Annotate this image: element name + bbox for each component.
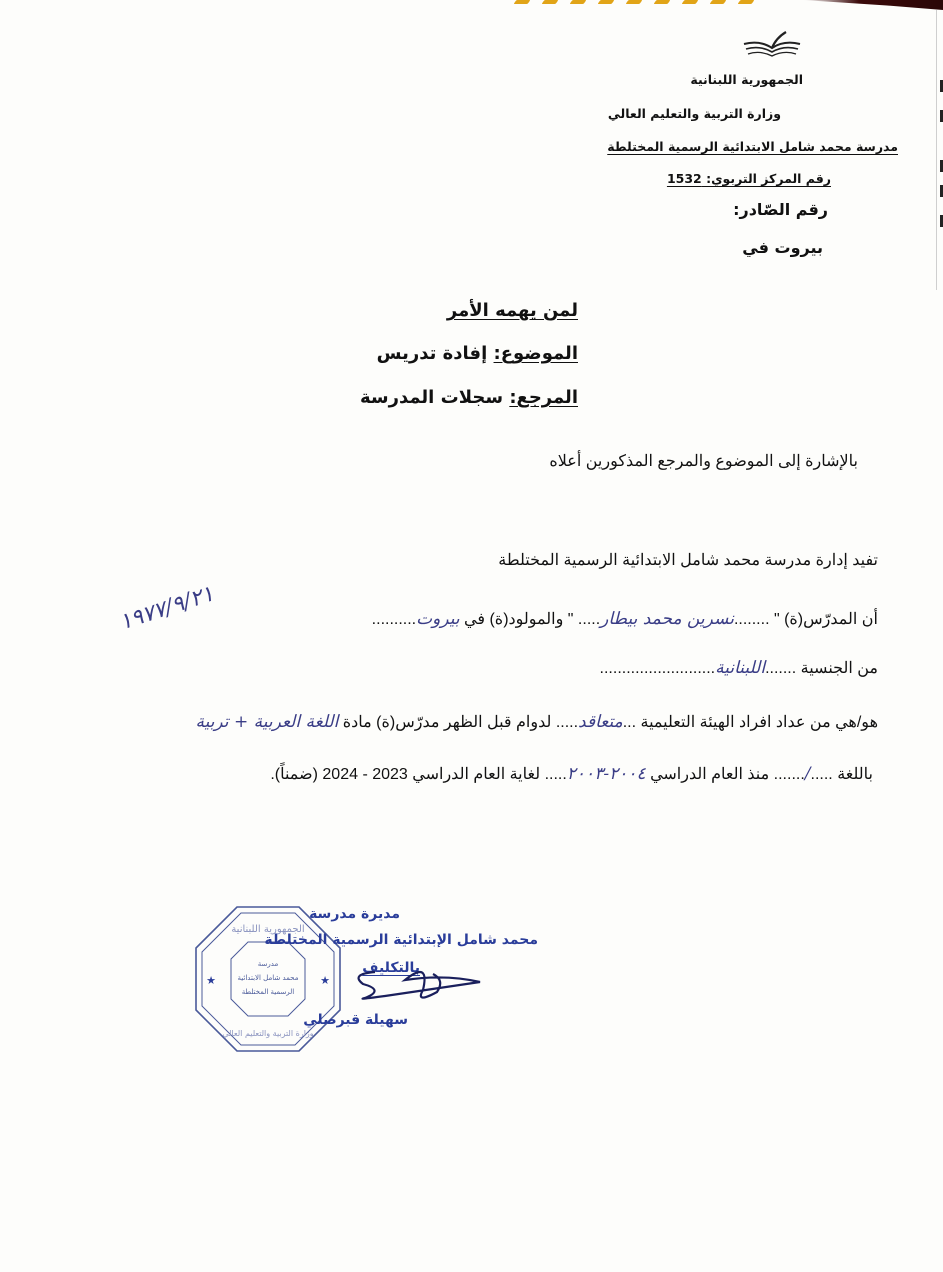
addressee-title: لمن يهمه الأمر (447, 300, 578, 321)
stripe-mark (682, 0, 699, 4)
intro-line: بالإشارة إلى الموضوع والمرجع المذكورين أ… (549, 451, 858, 471)
dotted-fill: ... (623, 714, 636, 731)
employment-status: متعاقد (578, 712, 623, 732)
center-number: رقم المركز التربوي: 1532 (667, 171, 831, 186)
staff-label: هو/هي من عداد افراد الهيئة التعليمية (641, 714, 878, 731)
signature-school: محمد شامل الإبتدائية الرسمية المختلطة (264, 932, 538, 948)
subject-label: الموضوع: (494, 343, 578, 364)
subject-taught-label: لدوام قبل الظهر مدرّس(ة) مادة (343, 714, 552, 731)
teacher-label: أن المدرّس(ة) " (774, 611, 878, 628)
ministry-name: وزارة التربية والتعليم العالي (608, 106, 781, 121)
body-line-4: هو/هي من عداد افراد الهيئة التعليمية ...… (195, 712, 878, 732)
start-year-label: منذ العام الدراسي (650, 766, 769, 783)
stripe-mark (598, 0, 615, 4)
stripe-mark (570, 0, 587, 4)
dotted-fill: .......... (372, 611, 416, 628)
svg-text:محمد شامل الابتدائية: محمد شامل الابتدائية (238, 974, 299, 982)
school-name: مدرسة محمد شامل الابتدائية الرسمية المخت… (607, 139, 898, 154)
svg-text:الرسمية المختلطة: الرسمية المختلطة (242, 988, 295, 996)
signatory-name: سهيلة قبرصلي (303, 1012, 408, 1028)
dotted-fill: ....... (765, 660, 796, 677)
dotted-fill: ..... (578, 611, 600, 628)
dotted-fill: ....... (774, 766, 805, 783)
open-book-logo-icon (742, 30, 802, 58)
nationality-label: من الجنسية (801, 660, 878, 677)
dotted-fill: ..... (556, 714, 578, 731)
teacher-name: نسرين محمد بيطار (600, 609, 734, 629)
start-year: ٢٠٠٤-٢٠٠٣ (567, 764, 646, 784)
nationality-value: اللبنانية (715, 658, 765, 678)
top-binding-strip (0, 0, 943, 8)
signature-title: مديرة مدرسة (309, 906, 400, 922)
stripe-mark (514, 0, 531, 4)
birth-label: " والمولود(ة) في (464, 611, 573, 628)
language-label: باللغة (837, 766, 873, 783)
svg-text:وزارة التربية والتعليم العالي: وزارة التربية والتعليم العالي (222, 1029, 313, 1038)
stripe-mark (654, 0, 671, 4)
body-line-2: أن المدرّس(ة) " ........نسرين محمد بيطار… (372, 609, 878, 629)
reference-line: المرجع: سجلات المدرسة (360, 387, 578, 408)
reference-value: سجلات المدرسة (360, 387, 503, 408)
outgoing-number-label: رقم الصّادر: (733, 200, 828, 219)
dotted-fill: ........ (734, 611, 770, 628)
country-name: الجمهورية اللبنانية (690, 72, 803, 87)
svg-text:★: ★ (320, 974, 330, 987)
stripe-mark (710, 0, 727, 4)
svg-text:★: ★ (206, 974, 216, 987)
dotted-fill: ..... (545, 766, 567, 783)
end-year-text: لغاية العام الدراسي 2023 - 2024 (ضمناً). (270, 766, 540, 783)
body-line-5: باللغة ...../....... منذ العام الدراسي ٢… (270, 764, 873, 784)
subject-value: إفادة تدريس (377, 343, 488, 364)
dotted-fill: ..... (811, 766, 833, 783)
official-stamp: مدرسة محمد شامل الابتدائية الرسمية المخت… (193, 904, 343, 1054)
body-line-1: تفيد إدارة مدرسة محمد شامل الابتدائية ال… (498, 550, 878, 570)
stripe-mark (738, 0, 755, 4)
dotted-fill: .......................... (600, 660, 716, 677)
stripe-mark (542, 0, 559, 4)
body-line-3: من الجنسية .......اللبنانية.............… (600, 658, 878, 678)
place-date-label: بيروت في (742, 238, 823, 257)
subject-taught: اللغة العربية + تربية (195, 712, 338, 732)
subject-line: الموضوع: إفادة تدريس (377, 343, 578, 364)
reference-label: المرجع: (509, 387, 578, 408)
svg-text:مدرسة: مدرسة (258, 960, 279, 968)
page-edge (936, 10, 943, 290)
stripe-mark (626, 0, 643, 4)
handwritten-signature (345, 960, 485, 1010)
birth-place: بيروت (416, 609, 459, 629)
birth-date: ١٩٧٧/٩/٢١ (117, 582, 217, 636)
